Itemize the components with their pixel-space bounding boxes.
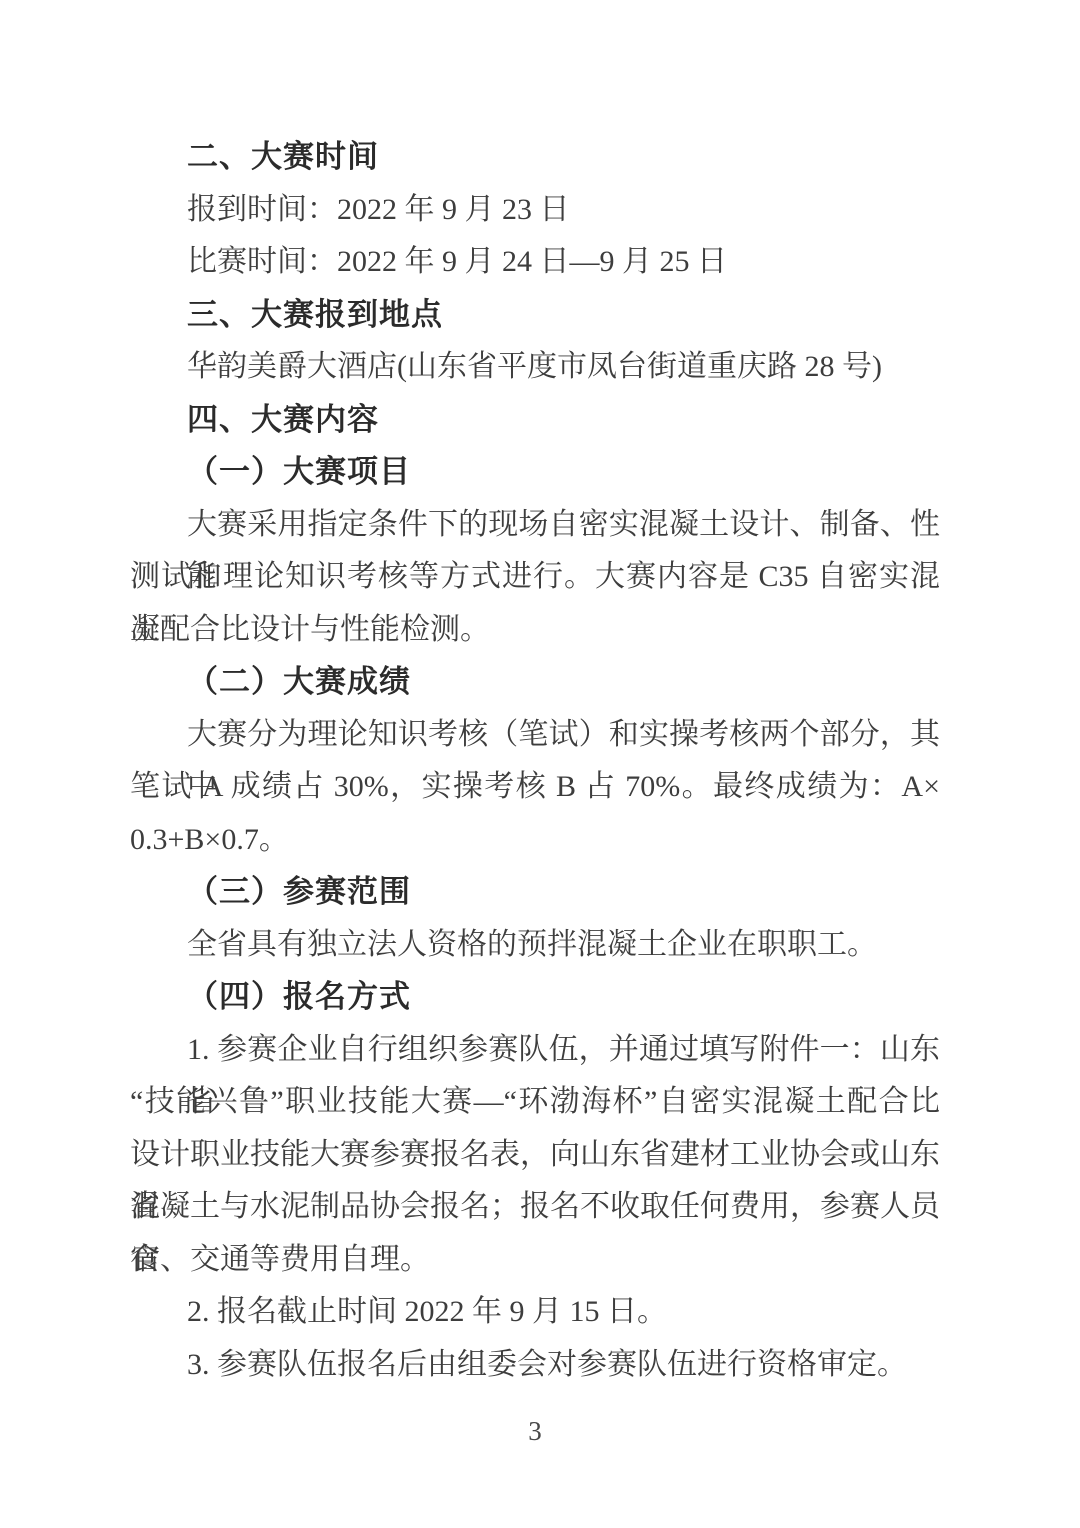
para-project-line-1: 大赛采用指定条件下的现场自密实混凝土设计、制备、性能 [130, 499, 940, 552]
para-score-line-1: 大赛分为理论知识考核（笔试）和实操考核两个部分，其中 [130, 709, 940, 762]
para-registration-line-3: 设计职业技能大赛参赛报名表，向山东省建材工业协会或山东省 [130, 1129, 940, 1182]
subheading-1-competition-project: （一）大赛项目 [130, 446, 940, 499]
subheading-3-participation-scope: （三）参赛范围 [130, 866, 940, 919]
heading-3-checkin-location: 三、大赛报到地点 [130, 289, 940, 342]
line-checkin-time: 报到时间：2022 年 9 月 23 日 [130, 184, 940, 237]
para-project-line-3: 土配合比设计与性能检测。 [130, 604, 940, 657]
document-content: 二、大赛时间 报到时间：2022 年 9 月 23 日 比赛时间：2022 年 … [130, 131, 940, 1457]
page-number: 3 [130, 1405, 940, 1457]
subheading-2-competition-score: （二）大赛成绩 [130, 656, 940, 709]
para-score-line-3: 0.3+B×0.7。 [130, 814, 940, 867]
para-score-line-2: 笔试 A 成绩占 30%，实操考核 B 占 70%。最终成绩为：A× [130, 761, 940, 814]
para-registration-line-1: 1. 参赛企业自行组织参赛队伍，并通过填写附件一：山东省 [130, 1024, 940, 1077]
subheading-4-registration-method: （四）报名方式 [130, 971, 940, 1024]
para-registration-line-4: 混凝土与水泥制品协会报名；报名不收取任何费用，参赛人员食 [130, 1181, 940, 1234]
para-registration-line-5: 宿、交通等费用自理。 [130, 1234, 940, 1287]
document-page: 二、大赛时间 报到时间：2022 年 9 月 23 日 比赛时间：2022 年 … [0, 0, 1080, 1528]
heading-4-competition-content: 四、大赛内容 [130, 394, 940, 447]
line-hotel-address: 华韵美爵大酒店(山东省平度市凤台街道重庆路 28 号) [130, 341, 940, 394]
line-match-time: 比赛时间：2022 年 9 月 24 日—9 月 25 日 [130, 236, 940, 289]
heading-2-competition-time: 二、大赛时间 [130, 131, 940, 184]
para-qualification-review: 3. 参赛队伍报名后由组委会对参赛队伍进行资格审定。 [130, 1339, 940, 1392]
para-scope-line-1: 全省具有独立法人资格的预拌混凝土企业在职职工。 [130, 919, 940, 972]
para-registration-line-2: “技能兴鲁”职业技能大赛—“环渤海杯”自密实混凝土配合比 [130, 1076, 940, 1129]
para-project-line-2: 测试和理论知识考核等方式进行。大赛内容是 C35 自密实混凝 [130, 551, 940, 604]
para-registration-deadline: 2. 报名截止时间 2022 年 9 月 15 日。 [130, 1286, 940, 1339]
